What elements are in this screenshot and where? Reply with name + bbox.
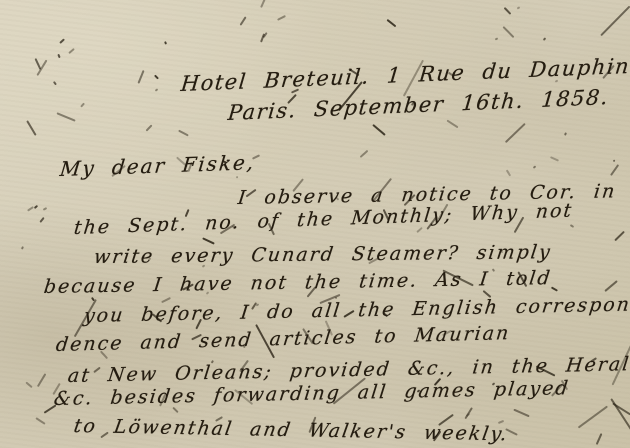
ink-mark [610,164,619,176]
ink-mark [551,287,558,292]
ink-mark [263,32,268,38]
ink-mark [240,16,247,26]
ink-mark [564,132,567,136]
ink-mark [53,81,57,85]
ink-mark [416,227,422,233]
ink-mark [600,6,630,37]
ink-mark [56,113,76,123]
ink-mark [612,402,630,415]
ink-mark [334,296,337,299]
ink-mark [161,297,171,303]
ink-mark [516,6,519,9]
ink-mark [359,150,367,158]
ink-mark [155,89,159,92]
letter-line: you before, I do all the English corresp… [83,294,630,328]
ink-mark [570,224,574,228]
ink-mark [37,59,48,75]
ink-mark [154,74,159,79]
ink-mark [80,102,85,107]
ink-mark [373,124,387,136]
ink-mark [277,15,285,21]
ink-mark [578,406,608,429]
ink-mark [59,38,65,44]
ink-mark [596,433,603,445]
ink-mark [533,165,537,169]
ink-mark [386,19,395,27]
salutation: My dear Fiske, [59,150,257,181]
ink-mark [543,37,547,41]
ink-mark [236,176,239,179]
ink-mark [447,119,459,128]
ink-mark [260,0,266,8]
ink-mark [57,54,60,58]
ink-mark [35,417,45,425]
ink-mark [178,129,188,136]
ink-mark [550,156,559,161]
ink-mark [466,413,470,417]
ink-mark [21,246,24,249]
ink-mark [604,280,618,292]
ink-mark [26,121,36,136]
letter-line: write every Cunard Steamer? simply [93,241,553,268]
ink-mark [43,208,47,211]
ink-mark [37,372,47,386]
ink-mark [506,170,511,177]
ink-mark [164,42,167,46]
ink-mark [610,398,630,436]
ink-mark [260,33,265,42]
ink-mark [39,218,44,224]
ink-mark [27,206,33,211]
ink-mark [613,160,616,163]
ink-mark [91,297,95,301]
letter-line: because I have not the time. As I told [43,267,553,298]
letter-page: Hotel Breteuil. 1 Rue du Dauphin. Paris.… [0,0,630,448]
letter-line: to Löwenthal and Walker's weekly. [72,415,510,445]
ink-mark [614,231,625,241]
ink-mark [138,70,145,84]
ink-mark [502,26,514,38]
ink-mark [33,205,37,209]
ink-mark [504,123,525,143]
letter-line: dence and send articles to Maurian [55,322,512,356]
ink-mark [494,38,497,41]
ink-mark [514,409,531,418]
ink-mark [202,237,215,244]
ink-mark [173,407,179,413]
ink-mark [68,48,75,54]
ink-mark [504,7,512,15]
ink-mark [34,58,41,70]
ink-mark [464,406,473,418]
ink-mark [145,125,152,132]
ink-mark [25,382,33,389]
